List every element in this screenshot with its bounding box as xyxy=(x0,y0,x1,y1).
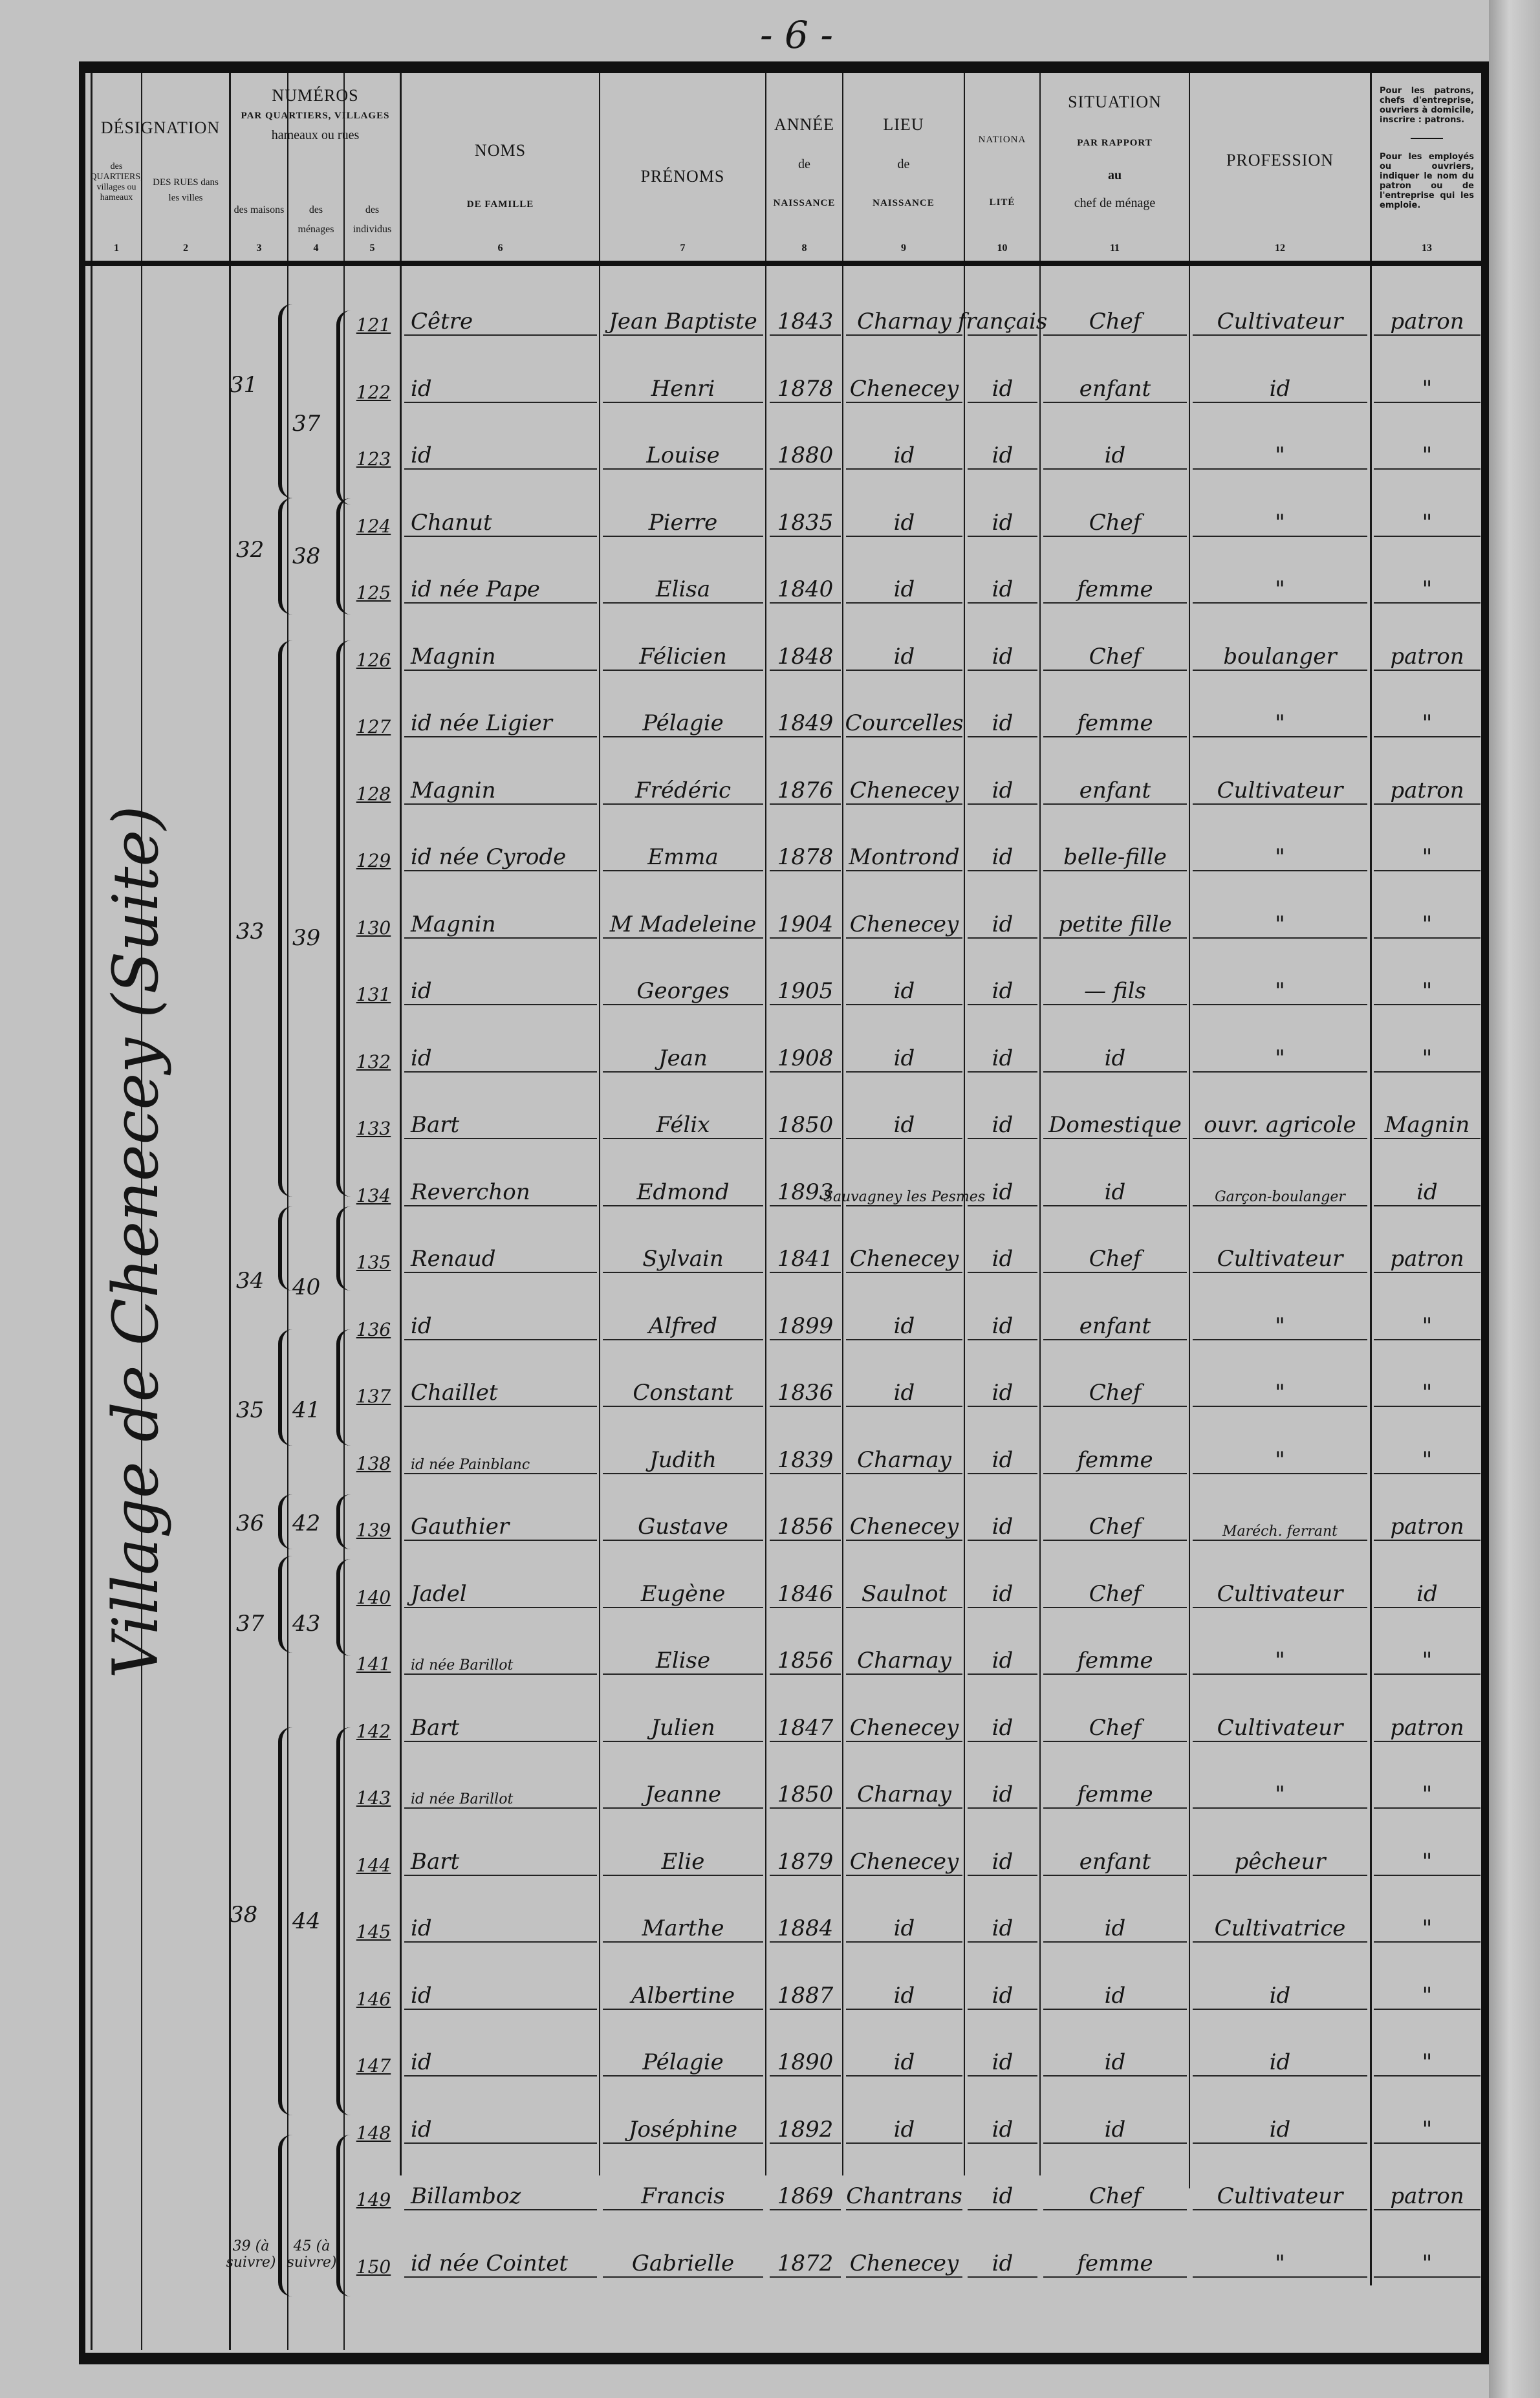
nationality: id xyxy=(968,1837,1037,1876)
individual-number: 147 xyxy=(349,2038,398,2076)
profession: id xyxy=(1193,2038,1367,2076)
nationality: id xyxy=(968,1502,1037,1541)
birth-place: Courcelles xyxy=(846,699,962,737)
profession: Cultivateur xyxy=(1193,297,1367,336)
header-title: DÉSIGNATION xyxy=(101,118,220,138)
family-name: Bart xyxy=(404,1837,597,1876)
profession: " xyxy=(1193,1435,1367,1474)
census-row: 147 id Pélagie 1890 id id id id " xyxy=(0,2012,1540,2079)
birth-place: id xyxy=(846,1904,962,1943)
birth-year: 1876 xyxy=(770,766,841,805)
first-name: Jean xyxy=(603,1034,763,1073)
birth-year: 1850 xyxy=(770,1770,841,1809)
header-prenoms: PRÉNOMS 7 xyxy=(600,73,765,261)
household-situation: enfant xyxy=(1043,364,1187,403)
family-name: Reverchon xyxy=(404,1168,597,1206)
census-row: 139 Gauthier Gustave 1856 Chenecey id Ch… xyxy=(0,1477,1540,1543)
header-label: des ménages xyxy=(288,201,343,239)
household-situation: belle-fille xyxy=(1043,833,1187,871)
header-subtitle: de xyxy=(798,157,810,172)
nationality: id xyxy=(968,1302,1037,1340)
family-name: id née Painblanc xyxy=(404,1435,597,1474)
employer-or-patron: " xyxy=(1374,1837,1480,1876)
nationality: id xyxy=(968,2172,1037,2210)
family-name: Cêtre xyxy=(404,297,597,336)
header-col-2: DES RUES dans les villes 2 xyxy=(142,162,229,261)
profession: " xyxy=(1193,699,1367,737)
individual-number: 131 xyxy=(349,966,398,1005)
column-number: 8 xyxy=(766,243,842,254)
census-row: 149 Billamboz Francis 1869 Chantrans id … xyxy=(0,2146,1540,2213)
census-row: 148 id Joséphine 1892 id id id id " xyxy=(0,2080,1540,2146)
nationality: id xyxy=(968,431,1037,470)
profession: " xyxy=(1193,833,1367,871)
header-subtitle: LITÉ xyxy=(990,197,1015,208)
header-label: des maisons xyxy=(232,201,287,220)
individual-number: 149 xyxy=(349,2172,398,2210)
birth-year: 1884 xyxy=(770,1904,841,1943)
first-name: Francis xyxy=(603,2172,763,2210)
header-noms: NOMS DE FAMILLE 6 xyxy=(402,73,599,261)
profession: boulanger xyxy=(1193,632,1367,671)
employer-or-patron: patron xyxy=(1374,297,1480,336)
header-profession: PROFESSION 12 xyxy=(1190,73,1370,261)
divider xyxy=(1411,138,1443,139)
census-row: 132 id Jean 1908 id id id " " xyxy=(0,1008,1540,1075)
profession: Garçon-boulanger xyxy=(1193,1168,1367,1206)
employer-or-patron: patron xyxy=(1374,2172,1480,2210)
profession: Cultivateur xyxy=(1193,1234,1367,1273)
birth-place: id xyxy=(846,1100,962,1139)
household-situation: id xyxy=(1043,1168,1187,1206)
first-name: Pierre xyxy=(603,498,763,537)
profession: id xyxy=(1193,2105,1367,2144)
first-name: Sylvain xyxy=(603,1234,763,1273)
individual-number: 128 xyxy=(349,766,398,805)
family-name: id xyxy=(404,1302,597,1340)
profession: Cultivateur xyxy=(1193,766,1367,805)
profession: " xyxy=(1193,1034,1367,1073)
nationality: id xyxy=(968,1636,1037,1675)
profession: " xyxy=(1193,966,1367,1005)
birth-year: 1878 xyxy=(770,833,841,871)
family-name: id xyxy=(404,1034,597,1073)
birth-place: Saulnot xyxy=(846,1569,962,1608)
household-situation: Chef xyxy=(1043,632,1187,671)
birth-year: 1872 xyxy=(770,2239,841,2278)
profession: " xyxy=(1193,498,1367,537)
nationality: français xyxy=(968,297,1037,336)
nationality: id xyxy=(968,2038,1037,2076)
birth-year: 1878 xyxy=(770,364,841,403)
employer-or-patron: patron xyxy=(1374,1502,1480,1541)
household-situation: Chef xyxy=(1043,2172,1187,2210)
column-number: 11 xyxy=(1041,243,1189,254)
nationality: id xyxy=(968,833,1037,871)
employer-or-patron: patron xyxy=(1374,1234,1480,1273)
household-situation: id xyxy=(1043,1904,1187,1943)
nationality: id xyxy=(968,766,1037,805)
individual-number: 132 xyxy=(349,1034,398,1073)
birth-year: 1856 xyxy=(770,1502,841,1541)
employer-or-patron: id xyxy=(1374,1168,1480,1206)
birth-year: 1841 xyxy=(770,1234,841,1273)
individual-number: 126 xyxy=(349,632,398,671)
birth-place: Chenecey xyxy=(846,1703,962,1742)
nationality: id xyxy=(968,699,1037,737)
profession: " xyxy=(1193,1770,1367,1809)
first-name: Henri xyxy=(603,364,763,403)
birth-year: 1847 xyxy=(770,1703,841,1742)
column-number: 10 xyxy=(965,243,1039,254)
first-name: Frédéric xyxy=(603,766,763,805)
census-row: 131 id Georges 1905 id id — fils " " xyxy=(0,941,1540,1008)
first-name: Jeanne xyxy=(603,1770,763,1809)
profession: " xyxy=(1193,1302,1367,1340)
header-subtitle: PAR RAPPORT xyxy=(1077,138,1152,149)
family-name: id née Barillot xyxy=(404,1770,597,1809)
header-nationalite: NATIONA LITÉ 10 xyxy=(965,73,1039,261)
birth-year: 1892 xyxy=(770,2105,841,2144)
employer-or-patron: " xyxy=(1374,1636,1480,1675)
header-subtitle: chef de ménage xyxy=(1074,196,1155,211)
first-name: Gustave xyxy=(603,1502,763,1541)
family-name: id née Ligier xyxy=(404,699,597,737)
first-name: Albertine xyxy=(603,1971,763,2010)
employer-or-patron: " xyxy=(1374,900,1480,939)
nationality: id xyxy=(968,966,1037,1005)
individual-number: 143 xyxy=(349,1770,398,1809)
column-number: 12 xyxy=(1190,243,1370,254)
header-title: SITUATION xyxy=(1068,93,1162,112)
household-situation: Chef xyxy=(1043,297,1187,336)
birth-place: Charnay xyxy=(846,297,962,336)
nationality: id xyxy=(968,1569,1037,1608)
household-situation: femme xyxy=(1043,1636,1187,1675)
census-row: 126 Magnin Félicien 1848 id id Chef boul… xyxy=(0,607,1540,673)
nationality: id xyxy=(968,1234,1037,1273)
census-row: 125 id née Pape Elisa 1840 id id femme "… xyxy=(0,540,1540,606)
household-situation: femme xyxy=(1043,1435,1187,1474)
birth-place: id xyxy=(846,431,962,470)
household-situation: Chef xyxy=(1043,1368,1187,1407)
birth-year: 1890 xyxy=(770,2038,841,2076)
family-name: Magnin xyxy=(404,766,597,805)
profession: " xyxy=(1193,2239,1367,2278)
header-subtitle: de xyxy=(898,157,910,172)
family-name: Chaillet xyxy=(404,1368,597,1407)
birth-year: 1899 xyxy=(770,1302,841,1340)
household-situation: id xyxy=(1043,2105,1187,2144)
employer-or-patron: " xyxy=(1374,2105,1480,2144)
individual-number: 123 xyxy=(349,431,398,470)
nationality: id xyxy=(968,900,1037,939)
family-name: Renaud xyxy=(404,1234,597,1273)
individual-number: 138 xyxy=(349,1435,398,1474)
employer-or-patron: " xyxy=(1374,699,1480,737)
birth-place: id xyxy=(846,1971,962,2010)
nationality: id xyxy=(968,1368,1037,1407)
individual-number: 144 xyxy=(349,1837,398,1876)
profession: " xyxy=(1193,431,1367,470)
birth-year: 1904 xyxy=(770,900,841,939)
family-name: id xyxy=(404,2038,597,2076)
header-col-13: Pour les patrons, chefs d'entreprise, ou… xyxy=(1372,73,1482,261)
family-name: id xyxy=(404,1904,597,1943)
birth-year: 1843 xyxy=(770,297,841,336)
household-situation: Chef xyxy=(1043,1502,1187,1541)
profession: id xyxy=(1193,1971,1367,2010)
profession: " xyxy=(1193,1636,1367,1675)
employer-or-patron: " xyxy=(1374,364,1480,403)
birth-place: id xyxy=(846,1368,962,1407)
family-name: id xyxy=(404,431,597,470)
census-row: 146 id Albertine 1887 id id id id " xyxy=(0,1946,1540,2012)
birth-place: Chenecey xyxy=(846,766,962,805)
birth-year: 1856 xyxy=(770,1636,841,1675)
first-name: Jean Baptiste xyxy=(603,297,763,336)
first-name: Félicien xyxy=(603,632,763,671)
column-number: 13 xyxy=(1372,243,1482,254)
employer-or-patron: " xyxy=(1374,1770,1480,1809)
individual-number: 122 xyxy=(349,364,398,403)
header-label: DES RUES dans les villes xyxy=(142,175,229,206)
column-number: 6 xyxy=(402,243,599,254)
birth-place: Chenecey xyxy=(846,1234,962,1273)
header-rule xyxy=(85,261,1481,266)
census-row: 133 Bart Félix 1850 id id Domestique ouv… xyxy=(0,1075,1540,1142)
census-row: 121 Cêtre Jean Baptiste 1843 Charnay fra… xyxy=(0,272,1540,338)
household-situation: femme xyxy=(1043,2239,1187,2278)
nationality: id xyxy=(968,1971,1037,2010)
birth-place: Chenecey xyxy=(846,1502,962,1541)
census-row: 127 id née Ligier Pélagie 1849 Courcelle… xyxy=(0,673,1540,740)
census-row: 130 Magnin M Madeleine 1904 Chenecey id … xyxy=(0,875,1540,941)
first-name: Pélagie xyxy=(603,699,763,737)
family-name: id xyxy=(404,2105,597,2144)
household-situation: id xyxy=(1043,431,1187,470)
birth-year: 1839 xyxy=(770,1435,841,1474)
family-name: id née Cointet xyxy=(404,2239,597,2278)
birth-year: 1840 xyxy=(770,565,841,604)
birth-year: 1905 xyxy=(770,966,841,1005)
birth-place: id xyxy=(846,565,962,604)
family-name: id née Pape xyxy=(404,565,597,604)
birth-year: 1849 xyxy=(770,699,841,737)
individual-number: 146 xyxy=(349,1971,398,2010)
profession: " xyxy=(1193,1368,1367,1407)
employer-or-patron: " xyxy=(1374,1368,1480,1407)
nationality: id xyxy=(968,1435,1037,1474)
first-name: Georges xyxy=(603,966,763,1005)
birth-place: Charnay xyxy=(846,1435,962,1474)
individual-number: 140 xyxy=(349,1569,398,1608)
employer-or-patron: " xyxy=(1374,1435,1480,1474)
family-name: Gauthier xyxy=(404,1502,597,1541)
census-row: 134 Reverchon Edmond 1893 Sauvagney les … xyxy=(0,1142,1540,1209)
employer-or-patron: " xyxy=(1374,2239,1480,2278)
birth-year: 1887 xyxy=(770,1971,841,2010)
employer-or-patron: patron xyxy=(1374,1703,1480,1742)
birth-place: Chenecey xyxy=(846,1837,962,1876)
first-name: Constant xyxy=(603,1368,763,1407)
employer-or-patron: Magnin xyxy=(1374,1100,1480,1139)
household-situation: femme xyxy=(1043,699,1187,737)
first-name: Elise xyxy=(603,1636,763,1675)
household-situation: Domestique xyxy=(1043,1100,1187,1139)
birth-year: 1869 xyxy=(770,2172,841,2210)
nationality: id xyxy=(968,1770,1037,1809)
birth-place: id xyxy=(846,632,962,671)
profession: Cultivatrice xyxy=(1193,1904,1367,1943)
household-situation: Chef xyxy=(1043,498,1187,537)
census-row: 138 id née Painblanc Judith 1839 Charnay… xyxy=(0,1410,1540,1477)
first-name: Emma xyxy=(603,833,763,871)
header-subtitle: au xyxy=(1108,168,1122,183)
nationality: id xyxy=(968,2105,1037,2144)
birth-place: id xyxy=(846,1034,962,1073)
individual-number: 133 xyxy=(349,1100,398,1139)
first-name: Judith xyxy=(603,1435,763,1474)
household-situation: Chef xyxy=(1043,1703,1187,1742)
nationality: id xyxy=(968,1034,1037,1073)
employer-or-patron: " xyxy=(1374,1904,1480,1943)
individual-number: 137 xyxy=(349,1368,398,1407)
profession: Maréch. ferrant xyxy=(1193,1502,1367,1541)
birth-year: 1836 xyxy=(770,1368,841,1407)
household-situation: id xyxy=(1043,1034,1187,1073)
household-situation: enfant xyxy=(1043,766,1187,805)
family-name: Magnin xyxy=(404,900,597,939)
household-situation: petite fille xyxy=(1043,900,1187,939)
header-col-1: des QUARTIERS, villages ou hameaux 1 xyxy=(92,162,141,261)
census-row: 141 id née Barillot Elise 1856 Charnay i… xyxy=(0,1611,1540,1677)
header-title: NUMÉROS xyxy=(272,86,358,105)
household-situation: — fils xyxy=(1043,966,1187,1005)
header-subtitle: NAISSANCE xyxy=(774,198,836,209)
census-row: 140 Jadel Eugène 1846 Saulnot id Chef Cu… xyxy=(0,1544,1540,1611)
nationality: id xyxy=(968,364,1037,403)
birth-place: Sauvagney les Pesmes xyxy=(846,1168,962,1206)
household-situation: femme xyxy=(1043,1770,1187,1809)
first-name: Pélagie xyxy=(603,2038,763,2076)
census-row: 124 Chanut Pierre 1835 id id Chef " " xyxy=(0,473,1540,540)
family-name: id xyxy=(404,966,597,1005)
nationality: id xyxy=(968,1904,1037,1943)
individual-number: 142 xyxy=(349,1703,398,1742)
household-situation: enfant xyxy=(1043,1837,1187,1876)
employer-or-patron: " xyxy=(1374,431,1480,470)
birth-place: Charnay xyxy=(846,1636,962,1675)
individual-number: 150 xyxy=(349,2239,398,2278)
birth-place: Chenecey xyxy=(846,900,962,939)
header-subtitle: PAR QUARTIERS, VILLAGES xyxy=(241,111,390,122)
header-lieu: LIEU de NAISSANCE 9 xyxy=(843,73,964,261)
employer-or-patron: id xyxy=(1374,1569,1480,1608)
birth-place: id xyxy=(846,2105,962,2144)
header-title: NATIONA xyxy=(979,135,1026,146)
birth-place: Chantrans xyxy=(846,2172,962,2210)
header-note: Pour les patrons, chefs d'entreprise, ou… xyxy=(1372,86,1482,125)
census-row: 122 id Henri 1878 Chenecey id enfant id … xyxy=(0,339,1540,406)
nationality: id xyxy=(968,498,1037,537)
family-name: Bart xyxy=(404,1100,597,1139)
profession: Cultivateur xyxy=(1193,2172,1367,2210)
household-situation: enfant xyxy=(1043,1302,1187,1340)
census-row: 143 id née Barillot Jeanne 1850 Charnay … xyxy=(0,1745,1540,1811)
census-row: 123 id Louise 1880 id id id " " xyxy=(0,406,1540,472)
profession: pêcheur xyxy=(1193,1837,1367,1876)
header-title: PROFESSION xyxy=(1226,151,1334,170)
header-situation: SITUATION PAR RAPPORT au chef de ménage … xyxy=(1041,73,1189,261)
header-note: Pour les employés ou ouvriers, indiquer … xyxy=(1372,152,1482,210)
individual-number: 135 xyxy=(349,1234,398,1273)
header-title: PRÉNOMS xyxy=(641,167,725,186)
family-name: id née Cyrode xyxy=(404,833,597,871)
first-name: Elisa xyxy=(603,565,763,604)
birth-place: id xyxy=(846,1302,962,1340)
nationality: id xyxy=(968,1100,1037,1139)
column-number: 5 xyxy=(345,243,400,254)
census-row: 136 id Alfred 1899 id id enfant " " xyxy=(0,1276,1540,1343)
header-title: NOMS xyxy=(475,141,526,160)
birth-place: Chenecey xyxy=(846,2239,962,2278)
header-subtitle: hameaux ou rues xyxy=(272,128,360,143)
header-subtitle: NAISSANCE xyxy=(873,198,935,209)
family-name: id xyxy=(404,364,597,403)
profession: Cultivateur xyxy=(1193,1703,1367,1742)
column-number: 2 xyxy=(142,243,229,254)
individual-number: 136 xyxy=(349,1302,398,1340)
employer-or-patron: " xyxy=(1374,966,1480,1005)
census-row: 135 Renaud Sylvain 1841 Chenecey id Chef… xyxy=(0,1209,1540,1276)
birth-year: 1850 xyxy=(770,1100,841,1139)
profession: ouvr. agricole xyxy=(1193,1100,1367,1139)
individual-number: 121 xyxy=(349,297,398,336)
employer-or-patron: " xyxy=(1374,1971,1480,2010)
birth-year: 1879 xyxy=(770,1837,841,1876)
header-title: LIEU xyxy=(883,115,924,135)
household-situation: Chef xyxy=(1043,1234,1187,1273)
header-col-4: des ménages 4 xyxy=(288,188,343,261)
household-situation: femme xyxy=(1043,565,1187,604)
employer-or-patron: " xyxy=(1374,1034,1480,1073)
profession: " xyxy=(1193,565,1367,604)
header-label: des QUARTIERS, villages ou hameaux xyxy=(90,162,142,203)
first-name: Julien xyxy=(603,1703,763,1742)
employer-or-patron: " xyxy=(1374,2038,1480,2076)
column-number: 7 xyxy=(600,243,765,254)
birth-year: 1908 xyxy=(770,1034,841,1073)
individual-number: 129 xyxy=(349,833,398,871)
profession: " xyxy=(1193,900,1367,939)
column-number: 3 xyxy=(231,243,287,254)
column-number: 1 xyxy=(92,243,141,254)
profession: id xyxy=(1193,364,1367,403)
nationality: id xyxy=(968,1168,1037,1206)
individual-number: 124 xyxy=(349,498,398,537)
individual-number: 139 xyxy=(349,1502,398,1541)
birth-year: 1835 xyxy=(770,498,841,537)
birth-place: id xyxy=(846,966,962,1005)
employer-or-patron: " xyxy=(1374,565,1480,604)
profession: Cultivateur xyxy=(1193,1569,1367,1608)
census-row: 150 id née Cointet Gabrielle 1872 Chenec… xyxy=(0,2214,1540,2280)
first-name: M Madeleine xyxy=(603,900,763,939)
family-name: Jadel xyxy=(404,1569,597,1608)
family-name: id née Barillot xyxy=(404,1636,597,1675)
first-name: Elie xyxy=(603,1837,763,1876)
